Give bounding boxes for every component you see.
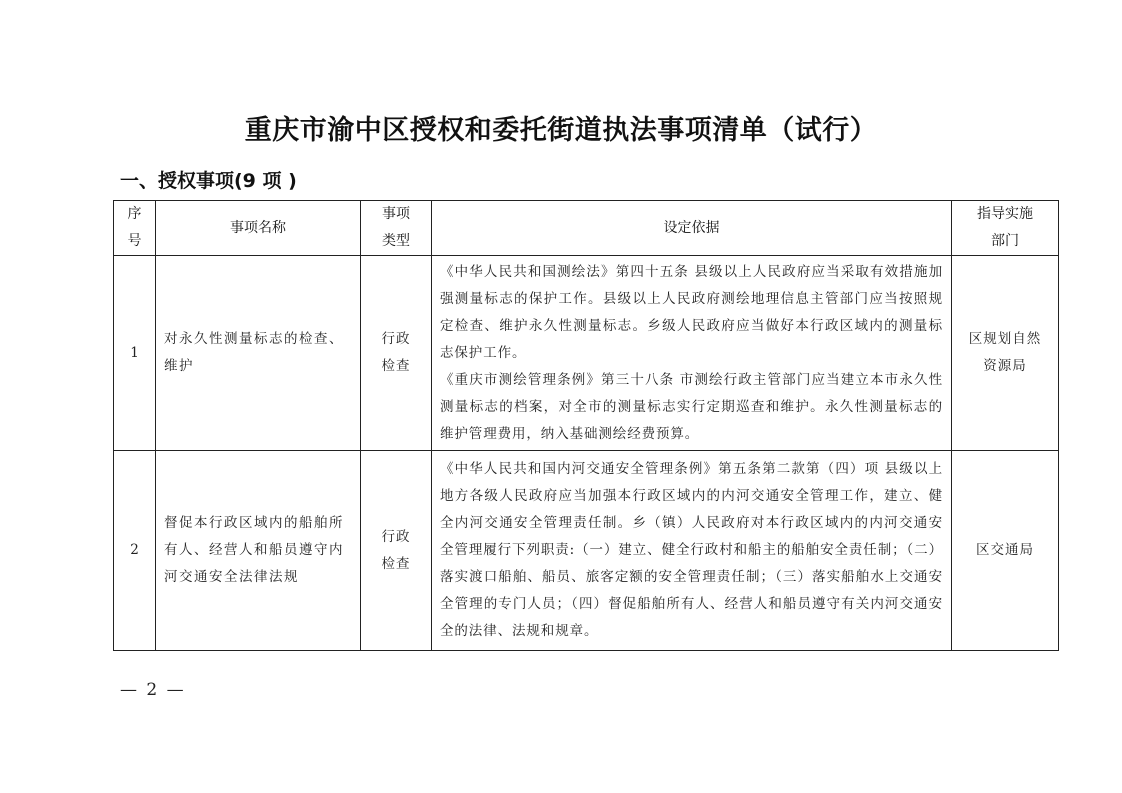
row-dept-line1: 区规划自然 (962, 326, 1048, 353)
legal-basis-paragraph: 《中华人民共和国内河交通安全管理条例》第五条第二款第（四）项 县级以上地方各级人… (440, 456, 943, 645)
row-guiding-department: 区规划自然 资源局 (952, 256, 1059, 451)
table-row: 2 督促本行政区域内的船舶所有人、经营人和船员遵守内河交通安全法律法规 行政 检… (114, 451, 1059, 651)
row-matter-type: 行政 检查 (361, 256, 432, 451)
row-dept-line2: 资源局 (962, 353, 1048, 380)
enforcement-matters-table: 序 号 事项名称 事项 类型 设定依据 指导实施 部门 1 对永久性测量标志的检… (113, 200, 1059, 651)
row-guiding-department: 区交通局 (952, 451, 1059, 651)
row-dept-line1: 区交通局 (962, 537, 1048, 564)
legal-basis-paragraph: 《中华人民共和国测绘法》第四十五条 县级以上人民政府应当采取有效措施加强测量标志… (440, 259, 943, 367)
table-header-row: 序 号 事项名称 事项 类型 设定依据 指导实施 部门 (114, 201, 1059, 256)
row-type-line1: 行政 (361, 326, 431, 353)
header-dept-line1: 指导实施 (952, 201, 1058, 228)
header-serial-line1: 序 (114, 201, 155, 228)
header-matter-type: 事项 类型 (361, 201, 432, 256)
table-row: 1 对永久性测量标志的检查、维护 行政 检查 《中华人民共和国测绘法》第四十五条… (114, 256, 1059, 451)
row-legal-basis: 《中华人民共和国内河交通安全管理条例》第五条第二款第（四）项 县级以上地方各级人… (432, 451, 952, 651)
row-type-line2: 检查 (361, 551, 431, 578)
header-guiding-department: 指导实施 部门 (952, 201, 1059, 256)
document-title: 重庆市渝中区授权和委托街道执法事项清单（试行） (0, 108, 1122, 147)
section-heading: 一、授权事项(9 项 ) (120, 166, 297, 193)
header-serial-line2: 号 (114, 228, 155, 255)
row-matter-name: 督促本行政区域内的船舶所有人、经营人和船员遵守内河交通安全法律法规 (156, 451, 361, 651)
header-type-line2: 类型 (361, 228, 431, 255)
row-legal-basis: 《中华人民共和国测绘法》第四十五条 县级以上人民政府应当采取有效措施加强测量标志… (432, 256, 952, 451)
row-serial-number: 1 (114, 256, 156, 451)
header-matter-name: 事项名称 (156, 201, 361, 256)
header-dept-line2: 部门 (952, 228, 1058, 255)
page-number: — 2 — (120, 680, 186, 700)
legal-basis-paragraph: 《重庆市测绘管理条例》第三十八条 市测绘行政主管部门应当建立本市永久性测量标志的… (440, 367, 943, 448)
row-matter-type: 行政 检查 (361, 451, 432, 651)
row-type-line1: 行政 (361, 524, 431, 551)
row-type-line2: 检查 (361, 353, 431, 380)
header-serial-number: 序 号 (114, 201, 156, 256)
row-matter-name: 对永久性测量标志的检查、维护 (156, 256, 361, 451)
row-serial-number: 2 (114, 451, 156, 651)
header-legal-basis: 设定依据 (432, 201, 952, 256)
header-type-line1: 事项 (361, 201, 431, 228)
